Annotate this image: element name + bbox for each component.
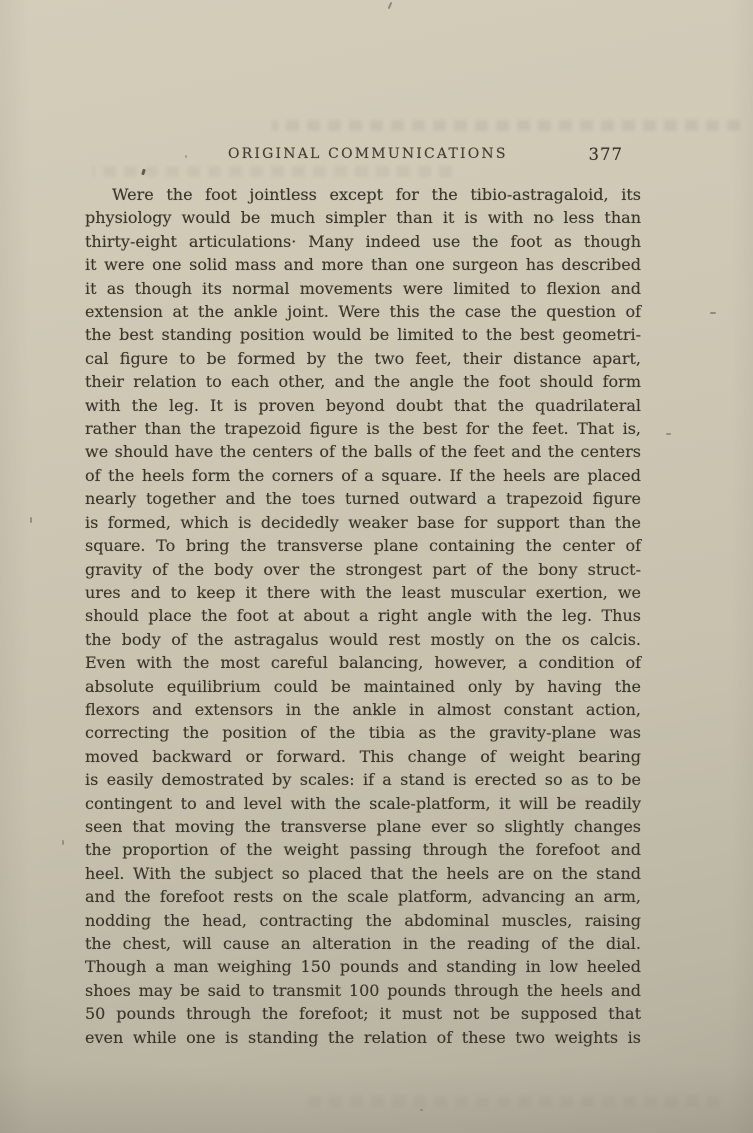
text-line: thirty-eight articulations· Many indeed … xyxy=(85,230,641,253)
text-line: of the heels form the corners of a squar… xyxy=(85,464,641,487)
text-line: their relation to each other, and the an… xyxy=(85,370,641,393)
text-line: the best standing position would be limi… xyxy=(85,323,641,346)
text-line: should place the foot at about a right a… xyxy=(85,604,641,627)
text-line: physiology would be much simpler than it… xyxy=(85,206,641,229)
ink-speck xyxy=(710,312,716,314)
showthrough-smudge-bottom xyxy=(300,1096,720,1107)
text-line: and the forefoot rests on the scale plat… xyxy=(85,885,641,908)
text-line: is formed, which is decidedly weaker bas… xyxy=(85,511,641,534)
text-line: Were the foot jointless except for the t… xyxy=(85,183,641,206)
text-line: heel. With the subject so placed that th… xyxy=(85,862,641,885)
ink-speck xyxy=(30,517,32,523)
text-line: we should have the centers of the balls … xyxy=(85,440,641,463)
text-line: seen that moving the transverse plane ev… xyxy=(85,815,641,838)
text-line: square. To bring the transverse plane co… xyxy=(85,534,641,557)
showthrough-smudge-top xyxy=(272,120,740,131)
text-line: gravity of the body over the strongest p… xyxy=(85,558,641,581)
ink-speck xyxy=(62,840,64,845)
running-title: ORIGINAL COMMUNICATIONS xyxy=(228,146,508,162)
text-line: ures and to keep it there with the least… xyxy=(85,581,641,604)
ink-speck xyxy=(420,1109,423,1111)
ink-speck xyxy=(666,433,671,435)
ink-speck xyxy=(388,2,393,9)
text-line: with the leg. It is proven beyond doubt … xyxy=(85,394,641,417)
text-line: even while one is standing the relation … xyxy=(85,1026,641,1049)
text-line: shoes may be said to transmit 100 pounds… xyxy=(85,979,641,1002)
text-line: Even with the most careful balancing, ho… xyxy=(85,651,641,674)
page-content: ORIGINAL COMMUNICATIONS 377 Were the foo… xyxy=(85,146,641,1049)
text-line: the proportion of the weight passing thr… xyxy=(85,838,641,861)
text-line: flexors and extensors in the ankle in al… xyxy=(85,698,641,721)
page-number: 377 xyxy=(589,145,624,164)
text-line: is easily demostrated by scales: if a st… xyxy=(85,768,641,791)
text-line: it were one solid mass and more than one… xyxy=(85,253,641,276)
text-line: nodding the head, contracting the abdomi… xyxy=(85,909,641,932)
text-line: rather than the trapezoid figure is the … xyxy=(85,417,641,440)
body-text: Were the foot jointless except for the t… xyxy=(85,183,641,1049)
text-line: moved backward or forward. This change o… xyxy=(85,745,641,768)
text-line: 50 pounds through the forefoot; it must … xyxy=(85,1002,641,1025)
text-line: cal figure to be formed by the two feet,… xyxy=(85,347,641,370)
text-line: it as though its normal movements were l… xyxy=(85,277,641,300)
text-line: Though a man weighing 150 pounds and sta… xyxy=(85,955,641,978)
text-line: nearly together and the toes turned outw… xyxy=(85,487,641,510)
page-header: ORIGINAL COMMUNICATIONS 377 xyxy=(85,146,641,164)
text-line: extension at the ankle joint. Were this … xyxy=(85,300,641,323)
text-line: correcting the position of the tibia as … xyxy=(85,721,641,744)
text-line: the chest, will cause an alteration in t… xyxy=(85,932,641,955)
book-page-scan: ORIGINAL COMMUNICATIONS 377 Were the foo… xyxy=(0,0,753,1133)
text-line: the body of the astragalus would rest mo… xyxy=(85,628,641,651)
text-line: absolute equilibrium could be maintained… xyxy=(85,675,641,698)
text-line: contingent to and level with the scale-p… xyxy=(85,792,641,815)
